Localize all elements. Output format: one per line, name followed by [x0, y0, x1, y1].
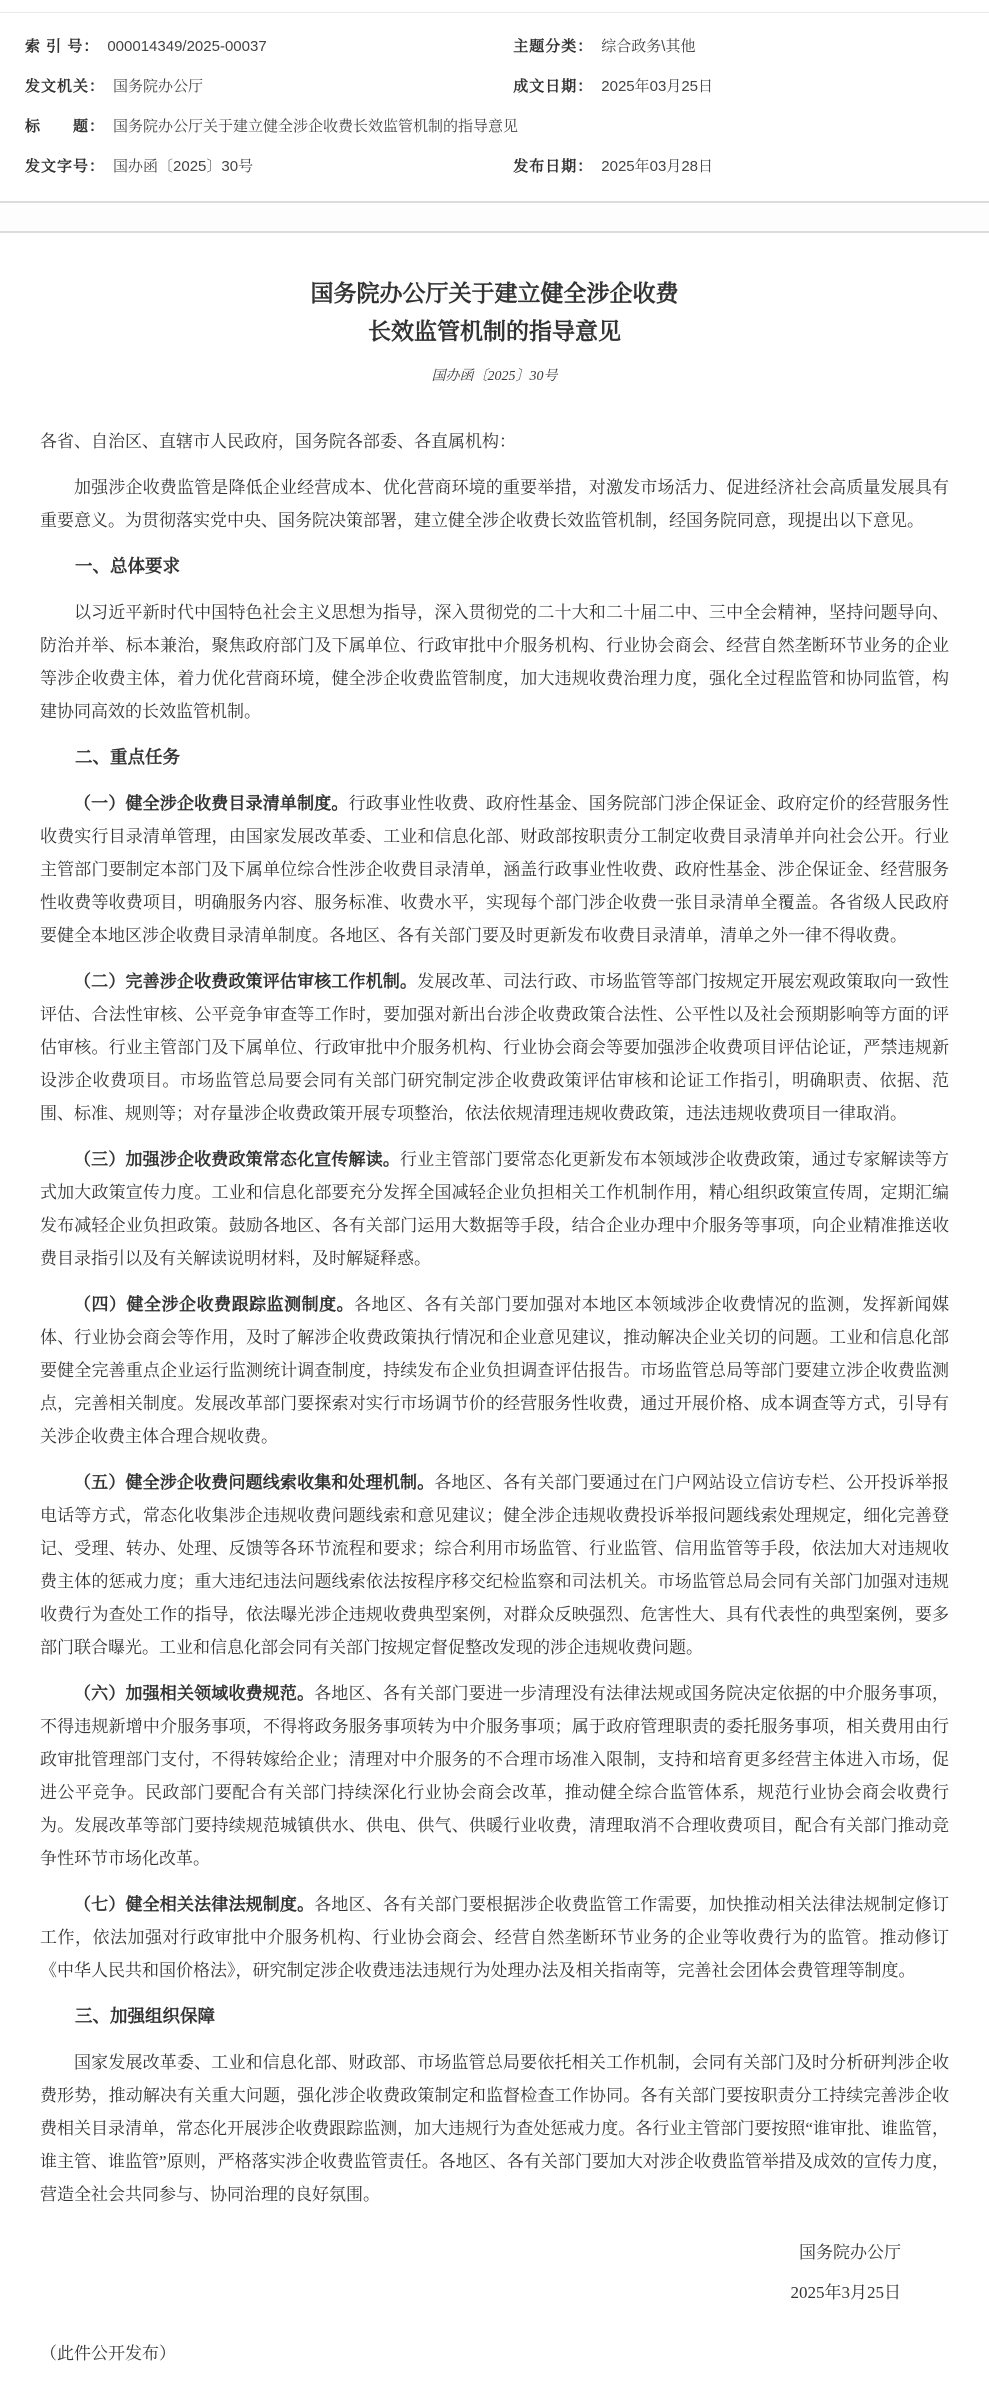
document-title-line2: 长效监管机制的指导意见: [40, 313, 949, 351]
meta-label-index-no: 索 引 号：: [25, 27, 99, 67]
paragraph-lead: （三）加强涉企收费政策常态化宣传解读。: [74, 1150, 400, 1169]
paragraph-lead: （四）健全涉企收费跟踪监测制度。: [74, 1295, 354, 1314]
meta-label-document-number: 发文字号：: [25, 147, 105, 187]
salutation: 各省、自治区、直辖市人民政府，国务院各部委、各直属机构：: [40, 425, 949, 458]
paragraph-lead: （一）健全涉企收费目录清单制度。: [74, 794, 349, 813]
meta-label-signing-date: 成文日期：: [513, 67, 593, 107]
doc-paragraph: （三）加强涉企收费政策常态化宣传解读。行业主管部门要常态化更新发布本领域涉企收费…: [40, 1143, 949, 1275]
meta-label-publish-date: 发布日期：: [513, 147, 593, 187]
doc-paragraph: 加强涉企收费监管是降低企业经营成本、优化营商环境的重要举措，对激发市场活力、促进…: [40, 471, 949, 537]
signature-block: 国务院办公厅 2025年3月25日: [40, 2233, 949, 2313]
doc-paragraph: （五）健全涉企收费问题线索收集和处理机制。各地区、各有关部门要通过在门户网站设立…: [40, 1466, 949, 1664]
doc-paragraph: 国家发展改革委、工业和信息化部、财政部、市场监管总局要依托相关工作机制，会同有关…: [40, 2046, 949, 2211]
doc-paragraph: （二）完善涉企收费政策评估审核工作机制。发展改革、司法行政、市场监管等部门按规定…: [40, 965, 949, 1130]
meta-value-publish-date: 2025年03月28日: [601, 147, 713, 187]
meta-value-document-number: 国办函〔2025〕30号: [113, 147, 253, 187]
meta-row: 索 引 号： 000014349/2025-00037 主题分类： 综合政务\其…: [25, 27, 964, 67]
meta-label-topic-category: 主题分类：: [513, 27, 593, 67]
paragraph-lead: （七）健全相关法律法规制度。: [74, 1895, 314, 1914]
section-heading: 二、重点任务: [40, 741, 949, 774]
document-content: 国务院办公厅关于建立健全涉企收费 长效监管机制的指导意见 国办函〔2025〕30…: [0, 233, 989, 2393]
meta-row: 发文机关： 国务院办公厅 成文日期： 2025年03月25日: [25, 67, 964, 107]
meta-row: 标 题： 国务院办公厅关于建立健全涉企收费长效监管机制的指导意见: [25, 107, 964, 147]
document-body: 各省、自治区、直辖市人民政府，国务院各部委、各直属机构：加强涉企收费监管是降低企…: [40, 425, 949, 2211]
section-heading: 三、加强组织保障: [40, 2000, 949, 2033]
meta-row: 发文字号： 国办函〔2025〕30号 发布日期： 2025年03月28日: [25, 147, 964, 187]
signature-org: 国务院办公厅: [40, 2233, 901, 2273]
doc-paragraph: （一）健全涉企收费目录清单制度。行政事业性收费、政府性基金、国务院部门涉企保证金…: [40, 787, 949, 952]
document-metadata: 索 引 号： 000014349/2025-00037 主题分类： 综合政务\其…: [0, 12, 989, 195]
document-number: 国办函〔2025〕30号: [40, 365, 949, 385]
meta-value-index-no: 000014349/2025-00037: [107, 27, 266, 67]
meta-value-signing-date: 2025年03月25日: [601, 67, 713, 107]
meta-value-issuing-agency: 国务院办公厅: [113, 67, 203, 107]
meta-label-issuing-agency: 发文机关：: [25, 67, 105, 107]
paragraph-lead: （六）加强相关领域收费规范。: [74, 1684, 314, 1703]
signature-date: 2025年3月25日: [40, 2273, 901, 2313]
section-divider-band: [0, 201, 989, 233]
doc-paragraph: （七）健全相关法律法规制度。各地区、各有关部门要根据涉企收费监管工作需要，加快推…: [40, 1888, 949, 1987]
paragraph-lead: （五）健全涉企收费问题线索收集和处理机制。: [74, 1473, 434, 1492]
meta-value-title: 国务院办公厅关于建立健全涉企收费长效监管机制的指导意见: [113, 107, 518, 147]
doc-paragraph: 以习近平新时代中国特色社会主义思想为指导，深入贯彻党的二十大和二十届二中、三中全…: [40, 596, 949, 728]
document-title: 国务院办公厅关于建立健全涉企收费 长效监管机制的指导意见: [40, 275, 949, 351]
doc-paragraph: （四）健全涉企收费跟踪监测制度。各地区、各有关部门要加强对本地区本领域涉企收费情…: [40, 1288, 949, 1453]
doc-paragraph: （六）加强相关领域收费规范。各地区、各有关部门要进一步清理没有法律法规或国务院决…: [40, 1677, 949, 1875]
meta-label-title: 标 题：: [25, 107, 105, 147]
document-title-line1: 国务院办公厅关于建立健全涉企收费: [40, 275, 949, 313]
meta-value-topic-category: 综合政务\其他: [601, 27, 695, 67]
public-release-note: （此件公开发布）: [40, 2339, 949, 2369]
paragraph-lead: （二）完善涉企收费政策评估审核工作机制。: [74, 972, 417, 991]
section-heading: 一、总体要求: [40, 550, 949, 583]
